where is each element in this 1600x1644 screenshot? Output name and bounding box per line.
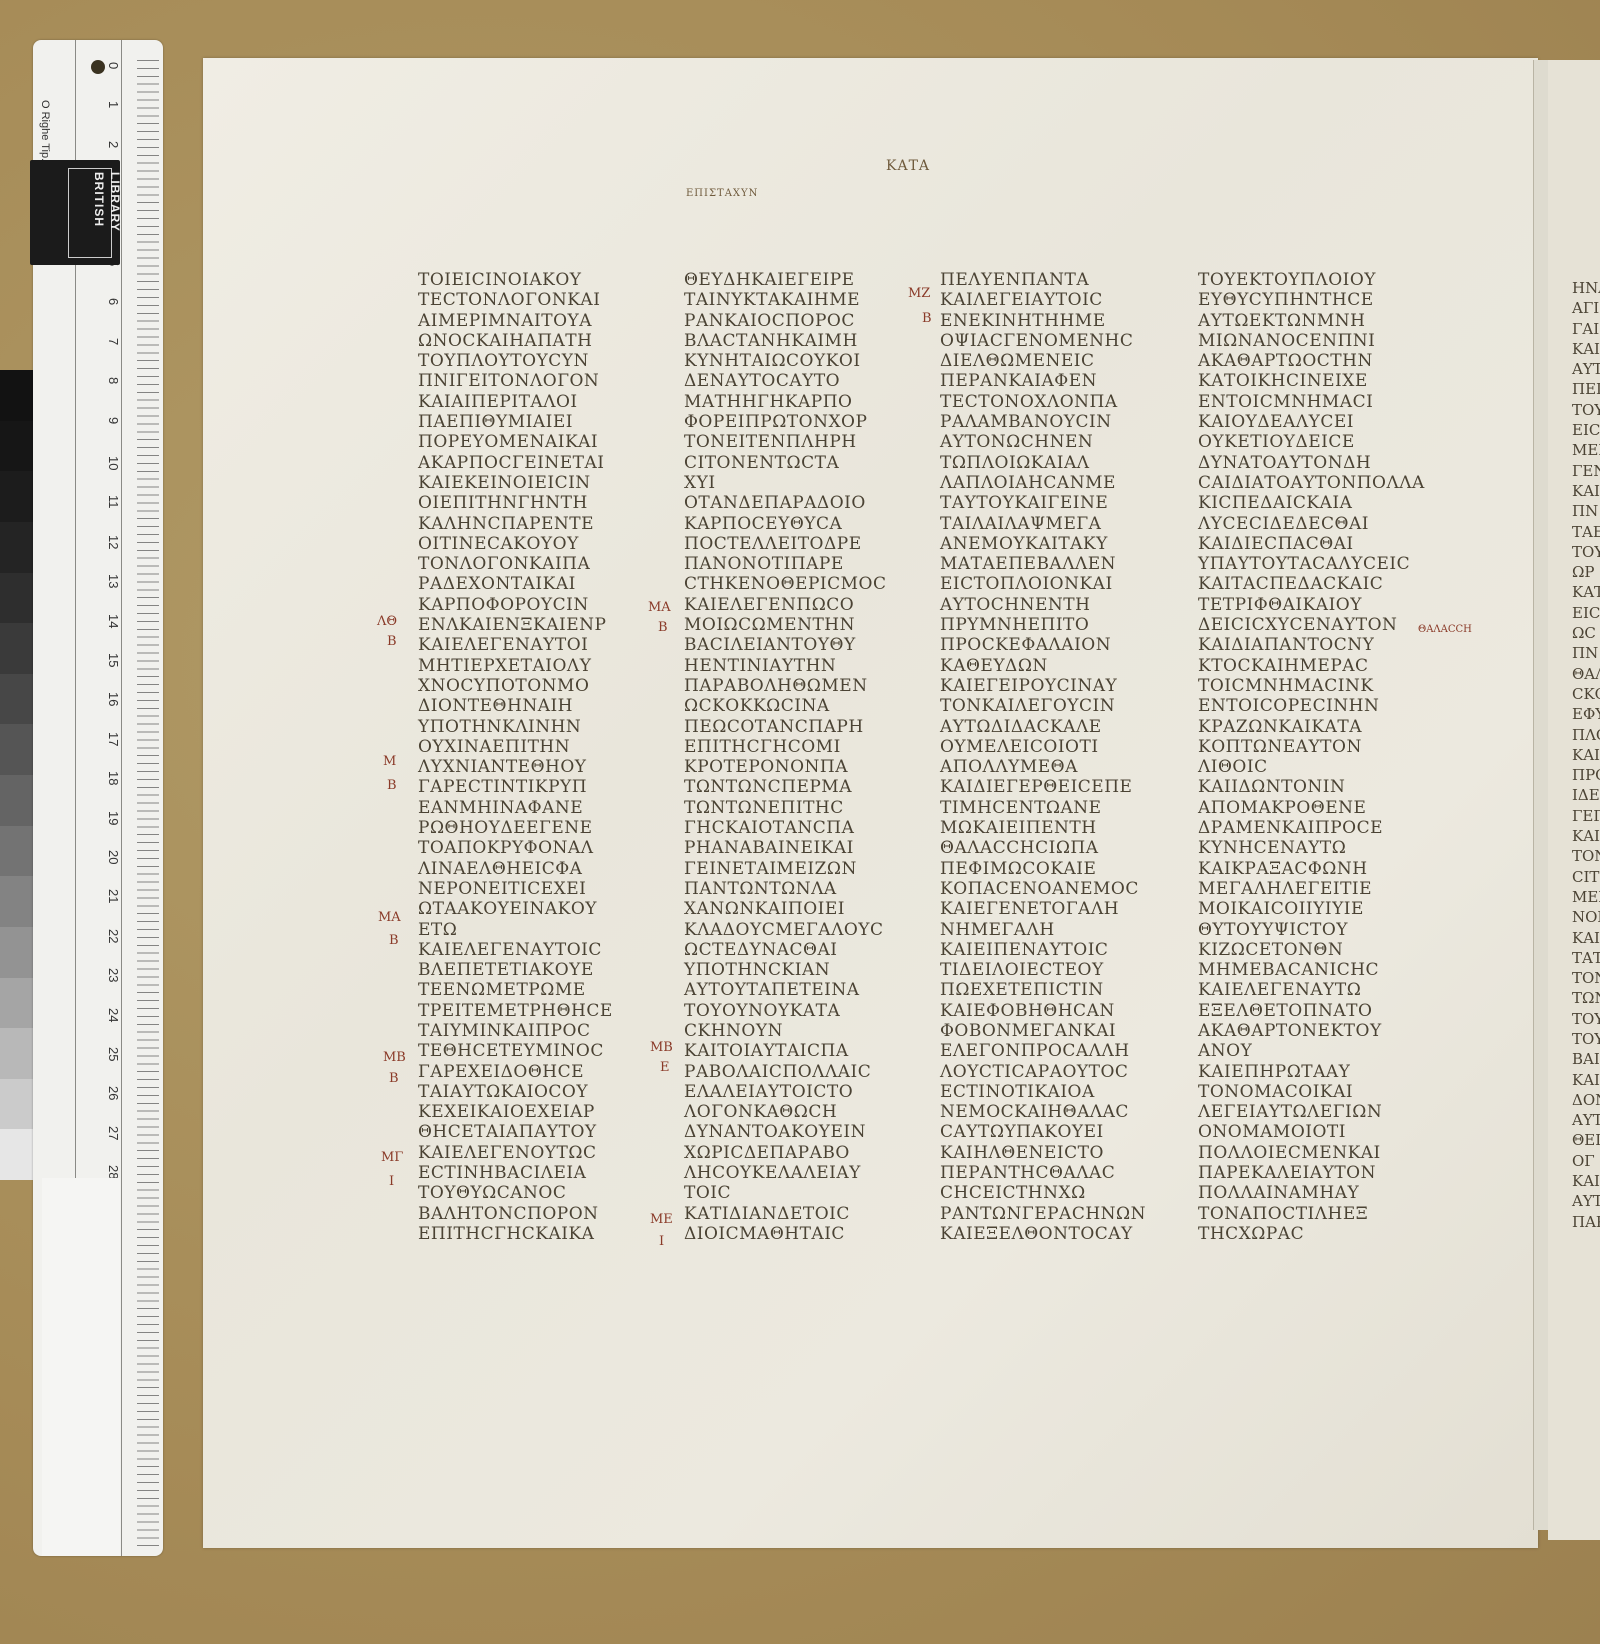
manuscript-line: ΤΙΔΕΙΛΟΙΕCΤΕΟΥ (940, 960, 1146, 980)
facing-page-line: ΠΡΟ (1572, 765, 1600, 785)
manuscript-line: ΚΑΙΕΛΕΓΕΝΠΩCΟ (684, 595, 886, 615)
manuscript-line: ΥΠΟΤΗΝCΚΙΑΝ (684, 960, 886, 980)
manuscript-line: ΛΥCΕCΙΔΕΔΕCΘΑΙ (1198, 514, 1425, 534)
manuscript-line: ΧΝΟCΥΠΟΤΟΝΜΟ (418, 676, 613, 696)
ruler-cm-number: 18 (106, 771, 121, 785)
manuscript-line: ΚΑΤΟΙΚΗCΙΝΕΙΧΕ (1198, 371, 1425, 391)
manuscript-line: ΛΗCΟΥΚΕΛΑΛΕΙΑΥ (684, 1163, 886, 1183)
manuscript-line: ΑΠΟΜΑΚΡΟΘΕΝΕ (1198, 798, 1425, 818)
text-column-4: ΤΟΥΕΚΤΟΥΠΛΟΙΟΥΕΥΘΥCΥΠΗΝΤΗCΕΑΥΤΩΕΚΤΩΝΜΝΗΜ… (1198, 270, 1425, 1244)
eusebian-section-mark: ΜΑ (378, 910, 401, 925)
manuscript-line: ΟΙΕΠΙΤΗΝΓΗΝΤΗ (418, 493, 613, 513)
manuscript-line: ΚΑΙΕΠΗΡΩΤΑΑΥ (1198, 1062, 1425, 1082)
manuscript-line: ΔΙΟΝΤΕΘΗΝΑΙΗ (418, 696, 613, 716)
manuscript-line: ΚΑΙΕΛΕΓΕΝΑΥΤΩ (1198, 980, 1425, 1000)
facing-page-line: ΠΛΟ (1572, 725, 1600, 745)
manuscript-line: ΠΟΛΛΑΙΝΑΜΗΑΥ (1198, 1183, 1425, 1203)
manuscript-line: ΒΑCΙΛΕΙΑΝΤΟΥΘΥ (684, 635, 886, 655)
manuscript-line: ΚΑΡΠΟΦΟΡΟΥCΙΝ (418, 595, 613, 615)
manuscript-line: ΛΑΠΛΟΙΑΗCΑΝΜΕ (940, 473, 1146, 493)
manuscript-line: ΒΛΑCΤΑΝΗΚΑΙΜΗ (684, 331, 886, 351)
facing-page-line: ΙΔΕΙ (1572, 785, 1600, 805)
manuscript-line: ΠΑΡΑΒΟΛΗΘΩΜΕΝ (684, 676, 886, 696)
manuscript-line: ΤΟΝΕΙΤΕΝΠΛΗΡΗ (684, 432, 886, 452)
manuscript-line: ΠΕΛΥΕΝΠΑΝΤΑ (940, 270, 1146, 290)
ruler-cm-number: 8 (106, 377, 121, 384)
manuscript-line: ΟΥΧΙΝΑΕΠΙΤΗΝ (418, 737, 613, 757)
manuscript-line: ΝΕΜΟCΚΑΙΗΘΑΛΑC (940, 1102, 1146, 1122)
facing-page-line: ΕΙC (1572, 603, 1600, 623)
manuscript-line: ΤΕΤΡΙΦΘΑΙΚΑΙΟΥ (1198, 595, 1425, 615)
manuscript-line: CΗCΕΙCΤΗΝΧΩ (940, 1183, 1146, 1203)
manuscript-line: ΔΥΝΑΝΤΟΑΚΟΥΕΙΝ (684, 1122, 886, 1142)
badge-line-2: BRITISH (92, 172, 106, 262)
manuscript-line: ΤΟΙC (684, 1183, 886, 1203)
facing-page-line: ΑΓΙ (1572, 298, 1600, 318)
manuscript-line: ΜΕΓΑΛΗΛΕΓΕΙΤΙΕ (1198, 879, 1425, 899)
facing-page-line: ΓΕΓΟ (1572, 806, 1600, 826)
manuscript-line: ΚΟΠΤΩΝΕΑΥΤΟΝ (1198, 737, 1425, 757)
facing-page-line: ΘΑΛ (1572, 664, 1600, 684)
manuscript-line: ΦΟΒΟΝΜΕΓΑΝΚΑΙ (940, 1021, 1146, 1041)
manuscript-line: ΛΙΘΟΙC (1198, 757, 1425, 777)
manuscript-line: ΤΗCΧΩΡΑC (1198, 1224, 1425, 1244)
manuscript-line: ΔΡΑΜΕΝΚΑΙΠΡΟCΕ (1198, 818, 1425, 838)
manuscript-line: ΚΑΙΔΙΑΠΑΝΤΟCΝΥ (1198, 635, 1425, 655)
manuscript-line: ΠΕΡΑΝΚΑΙΑΦΕΝ (940, 371, 1146, 391)
manuscript-line: ΚΑΤΙΔΙΑΝΔΕΤΟΙC (684, 1204, 886, 1224)
facing-page-line: ΚΑΙΟ (1572, 1070, 1600, 1090)
ruler-divider-line (121, 40, 122, 1556)
manuscript-line: ΚΑΙΗΛΘΕΝΕΙCΤΟ (940, 1143, 1146, 1163)
manuscript-line: ΟΤΑΝΔΕΠΑΡΑΔΟΙΟ (684, 493, 886, 513)
manuscript-line: ΔΕΙCΙCΧΥCΕΝΑΥΤΟΝ (1198, 615, 1425, 635)
manuscript-line: ΠΩΕΧΕΤΕΠΙCΤΙΝ (940, 980, 1146, 1000)
ruler-cm-number: 13 (106, 574, 121, 588)
manuscript-line: ΠΝΙΓΕΙΤΟΝΛΟΓΟΝ (418, 371, 613, 391)
manuscript-line: ΠΕΩCΟΤΑΝCΠΑΡΗ (684, 717, 886, 737)
manuscript-line: ΚΑΘΕΥΔΩΝ (940, 656, 1146, 676)
ruler-cm-number: 17 (106, 732, 121, 746)
manuscript-line: ΤΑΥΤΟΥΚΑΙΓΕΙΝΕ (940, 493, 1146, 513)
facing-page-line: ΚΑΤ (1572, 582, 1600, 602)
facing-page-line: CΚΟ (1572, 684, 1600, 704)
manuscript-line: ΚΑΙΤΑCΠΕΔΑCΚΑΙC (1198, 574, 1425, 594)
manuscript-line: ΚΑΙΕΓΕΙΡΟΥCΙΝΑΥ (940, 676, 1146, 696)
manuscript-line: ΕΞΕΛΘΕΤΟΠΝΑΤΟ (1198, 1001, 1425, 1021)
manuscript-line: ΓΕΙΝΕΤΑΙΜΕΙΖΩΝ (684, 859, 886, 879)
ruler-cm-number: 24 (106, 1008, 121, 1022)
facing-page-line: ΚΑΙ (1572, 481, 1600, 501)
manuscript-line: ΟΙΤΙΝΕCΑΚΟΥΟΥ (418, 534, 613, 554)
manuscript-line: ΘΑΛΑCCΗCΙΩΠΑ (940, 838, 1146, 858)
manuscript-line: ΡΩΘΗΟΥΔΕΕΓΕΝΕ (418, 818, 613, 838)
facing-page-line: ΟΓ (1572, 1151, 1600, 1171)
manuscript-line: ΕΤΩ (418, 920, 613, 940)
manuscript-line: ΤΙΜΗCΕΝΤΩΑΝΕ (940, 798, 1146, 818)
manuscript-line: ΜΩΚΑΙΕΙΠΕΝΤΗ (940, 818, 1146, 838)
manuscript-line: CΑΙΔΙΑΤΟΑΥΤΟΝΠΟΛΛΑ (1198, 473, 1425, 493)
manuscript-line: ΚΑΛΗΝCΠΑΡΕΝΤΕ (418, 514, 613, 534)
ruler-cm-number: 27 (106, 1126, 121, 1140)
ruler-cm-number: 2 (106, 141, 121, 148)
manuscript-line: ΤΩΝΤΩΝΕΠΙΤΗC (684, 798, 886, 818)
manuscript-line: ΑΚΑΘΑΡΤΩΟCΤΗΝ (1198, 351, 1425, 371)
manuscript-line: ΛΟΓΟΝΚΑΘΩCΗ (684, 1102, 886, 1122)
eusebian-section-mark: Ε (660, 1060, 670, 1075)
running-title: ΚΑΤΑ (886, 158, 930, 174)
manuscript-line: ΕΑΝΜΗΙΝΑΦΑΝΕ (418, 798, 613, 818)
eusebian-section-mark: ΜΓ (381, 1150, 403, 1165)
facing-page-line: ΩC (1572, 623, 1600, 643)
facing-page-line: ΓΑΙ (1572, 319, 1600, 339)
manuscript-line: ΑΥΤΟCΗΝΕΝΤΗ (940, 595, 1146, 615)
manuscript-line: ΚΥΝΗCΕΝΑΥΤΩ (1198, 838, 1425, 858)
eusebian-section-mark: Ι (659, 1234, 664, 1249)
manuscript-line: ΦΟΡΕΙΠΡΩΤΟΝΧΟΡ (684, 412, 886, 432)
manuscript-line: ΧΑΝΩΝΚΑΙΠΟΙΕΙ (684, 899, 886, 919)
manuscript-line: ΤΑΙΥΜΙΝΚΑΙΠΡΟC (418, 1021, 613, 1041)
facing-page-line: ΠΝ (1572, 501, 1600, 521)
ruler-cm-number: 11 (106, 495, 121, 509)
right-margin-note: ΘΑΛΑCCΗ (1418, 624, 1472, 635)
manuscript-line: ΓΑΡΕCΤΙΝΤΙΚΡΥΠ (418, 777, 613, 797)
eusebian-section-mark: Μ (383, 754, 396, 769)
manuscript-line: ΤΟΑΠΟΚΡΥΦΟΝΑΛ (418, 838, 613, 858)
manuscript-line: ΜΙΩΝΑΝΟCΕΝΠΝΙ (1198, 331, 1425, 351)
facing-page-line: ΤΟΥ (1572, 1029, 1600, 1049)
manuscript-line: ΑΥΤΟΝΩCΗΝΕΝ (940, 432, 1146, 452)
manuscript-line: ΘΕΥΔΗΚΑΙΕΓΕΙΡΕ (684, 270, 886, 290)
manuscript-line: ΠΕΡΑΝΤΗCΘΑΛΑC (940, 1163, 1146, 1183)
manuscript-line: ΕΝΤΟΙCΟΡΕCΙΝΗΝ (1198, 696, 1425, 716)
british-library-badge: LIBRARY BRITISH (30, 160, 120, 265)
manuscript-line: CΚΗΝΟΥΝ (684, 1021, 886, 1041)
manuscript-line: ΩCΚΟΚΚΩCΙΝΑ (684, 696, 886, 716)
eusebian-section-mark: ΛΘ (377, 614, 397, 629)
manuscript-line: ΚΑΙΤΟΙΑΥΤΑΙCΠΑ (684, 1041, 886, 1061)
manuscript-line: ΠΡΥΜΝΗΕΠΙΤΟ (940, 615, 1146, 635)
facing-page-line: ΚΑΙ (1572, 339, 1600, 359)
eusebian-section-mark: Β (922, 311, 932, 326)
manuscript-line: ΝΕΡΟΝΕΙΤΙCΕΧΕΙ (418, 879, 613, 899)
manuscript-line: ΑΥΤΩΕΚΤΩΝΜΝΗ (1198, 311, 1425, 331)
facing-page-line: ΗΝΑ (1572, 278, 1600, 298)
ruler-cm-number: 22 (106, 929, 121, 943)
manuscript-line: ΕCΤΙΝΗΒΑCΙΛΕΙΑ (418, 1163, 613, 1183)
manuscript-line: ΠΑΡΕΚΑΛΕΙΑΥΤΟΝ (1198, 1163, 1425, 1183)
manuscript-line: ΤΟΙΕΙCΙΝΟΙΑΚΟΥ (418, 270, 613, 290)
manuscript-line: ΑΝΟΥ (1198, 1041, 1425, 1061)
manuscript-line: ΩΤΑΑΚΟΥΕΙΝΑΚΟΥ (418, 899, 613, 919)
facing-page-line: ΜΕΙ (1572, 440, 1600, 460)
manuscript-line: ΚΑΙΕΙΠΕΝΑΥΤΟΙC (940, 940, 1146, 960)
manuscript-line: ΤΟΝΟΜΑCΟΙΚΑΙ (1198, 1082, 1425, 1102)
manuscript-line: ΕΠΙΤΗCΓΗCΚΑΙΚΑ (418, 1224, 613, 1244)
manuscript-line: ΚΟΠΑCΕΝΟΑΝΕΜΟC (940, 879, 1146, 899)
manuscript-line: ΡΑΛΑΜΒΑΝΟΥCΙΝ (940, 412, 1146, 432)
manuscript-line: ΤΕΘΗCΕΤΕΥΜΙΝΟC (418, 1041, 613, 1061)
facing-page-line: ΠΕΙ (1572, 379, 1600, 399)
facing-page-line: ΜΕΝ (1572, 887, 1600, 907)
manuscript-line: ΚΑΙΔΙΕΓΕΡΘΕΙCΕΠΕ (940, 777, 1146, 797)
eusebian-section-mark: Ι (389, 1174, 394, 1189)
manuscript-line: ΚΑΙΕΞΕΛΘΟΝΤΟCΑΥ (940, 1224, 1146, 1244)
manuscript-line: ΡΑΝΚΑΙΟCΠΟΡΟC (684, 311, 886, 331)
ruler-cm-number: 7 (106, 338, 121, 345)
manuscript-line: ΚΡΑΖΩΝΚΑΙΚΑΤΑ (1198, 717, 1425, 737)
manuscript-line: ΕΝΛΚΑΙΕΝΞΚΑΙΕΝΡ (418, 615, 613, 635)
manuscript-line: ΚΑΙΕΚΕΙΝΟΙΕΙCΙΝ (418, 473, 613, 493)
manuscript-line: ΚΑΙΟΥΔΕΑΛΥCΕΙ (1198, 412, 1425, 432)
manuscript-line: ΚΑΙΔΙΕCΠΑCΘΑΙ (1198, 534, 1425, 554)
manuscript-line: ΤΟΝΚΑΙΛΕΓΟΥCΙΝ (940, 696, 1146, 716)
manuscript-line: ΤΟΥΘΥΩCΑΝΟC (418, 1183, 613, 1203)
eusebian-section-mark: ΜΑ (648, 600, 671, 615)
manuscript-line: ΗΕΝΤΙΝΙΑΥΤΗΝ (684, 656, 886, 676)
manuscript-line: ΤΩΝΤΩΝCΠΕΡΜΑ (684, 777, 886, 797)
facing-page-line: ΚΑΙΕ (1572, 826, 1600, 846)
manuscript-line: ΟΥΚΕΤΙΟΥΔΕΙCΕ (1198, 432, 1425, 452)
manuscript-line: ΤΑΙΝΥΚΤΑΚΑΙΗΜΕ (684, 290, 886, 310)
ruler-white-strip (42, 1178, 120, 1556)
facing-page-line: CΙΤΟ (1572, 867, 1600, 887)
manuscript-line: ΡΗΑΝΑΒΑΙΝΕΙΚΑΙ (684, 838, 886, 858)
manuscript-line: ΕCΤΙΝΟΤΙΚΑΙΟΑ (940, 1082, 1146, 1102)
manuscript-line: ΛΥΧΝΙΑΝΤΕΘΗΟΥ (418, 757, 613, 777)
badge-line-1: LIBRARY (108, 172, 122, 262)
facing-page-line: ΕΦΥ (1572, 704, 1600, 724)
margin-correction-note: ΕΠΙΣΤΑΧΥΝ (686, 188, 758, 199)
manuscript-line: ΑΠΟΛΛΥΜΕΘΑ (940, 757, 1146, 777)
manuscript-line: ΚΤΟCΚΑΙΗΜΕΡΑC (1198, 656, 1425, 676)
manuscript-line: ΜΟΙΚΑΙCΟΙΙΥΙΥΙΕ (1198, 899, 1425, 919)
manuscript-line: CΙΤΟΝΕΝΤΩCΤΑ (684, 453, 886, 473)
manuscript-line: ΑΙΜΕΡΙΜΝΑΙΤΟΥΑ (418, 311, 613, 331)
manuscript-line: ΟΥΜΕΛΕΙCΟΙΟΤΙ (940, 737, 1146, 757)
binding-gutter (1533, 60, 1548, 1530)
ruler-cm-number: 0 (106, 62, 121, 69)
manuscript-line: ΤΟΝΛΟΓΟΝΚΑΙΠΑ (418, 554, 613, 574)
ruler-ticks (137, 60, 159, 1550)
facing-page-line: ΚΑΙΕ (1572, 1171, 1600, 1191)
manuscript-line: ΠΑΕΠΙΘΥΜΙΑΙΕΙ (418, 412, 613, 432)
manuscript-line: ΑΝΕΜΟΥΚΑΙΤΑΚΥ (940, 534, 1146, 554)
manuscript-line: ΠΑΝΤΩΝΤΩΝΛΑ (684, 879, 886, 899)
manuscript-line: ΚΑΙΕΛΕΓΕΝΟΥΤΩC (418, 1143, 613, 1163)
manuscript-line: ΚΙΖΩCΕΤΟΝΘΝ (1198, 940, 1425, 960)
manuscript-line: ΜΗΤΙΕΡΧΕΤΑΙΟΛΥ (418, 656, 613, 676)
manuscript-line: ΚΥΝΗΤΑΙΩCΟΥΚΟΙ (684, 351, 886, 371)
facing-page-line: ΤΩΝ (1572, 988, 1600, 1008)
manuscript-line: ΚΑΙΕΓΕΝΕΤΟΓΑΛΗ (940, 899, 1146, 919)
manuscript-line: ΤΟΥΠΛΟΥΤΟΥCΥΝ (418, 351, 613, 371)
manuscript-line: ΠΑΝΟΝΟΤΙΠΑΡΕ (684, 554, 886, 574)
manuscript-line: ΚΙCΠΕΔΑΙCΚΑΙΑ (1198, 493, 1425, 513)
manuscript-line: ΥΠΟΤΗΝΚΛΙΝΗΝ (418, 717, 613, 737)
manuscript-line: ΠΟCΤΕΛΛΕΙΤΟΔΡΕ (684, 534, 886, 554)
manuscript-line: ΠΡΟCΚΕΦΑΛΑΙΟΝ (940, 635, 1146, 655)
manuscript-line: ΛΟΥCΤΙCΑΡΑΟΥΤΟC (940, 1062, 1146, 1082)
manuscript-line: ΤΕΕΝΩΜΕΤΡΩΜΕ (418, 980, 613, 1000)
facing-page-line: ΤΟΥ (1572, 1009, 1600, 1029)
manuscript-line: ΡΑΒΟΛΑΙCΠΟΛΛΑΙC (684, 1062, 886, 1082)
manuscript-line: ΑΥΤΟΥΤΑΠΕΤΕΙΝΑ (684, 980, 886, 1000)
manuscript-line: ΑΥΤΩΔΙΔΑCΚΑΛΕ (940, 717, 1146, 737)
facing-page-line: ΩΡ (1572, 562, 1600, 582)
manuscript-line: ΚΛΑΔΟΥCΜΕΓΑΛΟΥC (684, 920, 886, 940)
manuscript-line: ΩΝΟCΚΑΙΗΑΠΑΤΗ (418, 331, 613, 351)
facing-page-line: ΑΥΤ (1572, 1110, 1600, 1130)
manuscript-line: ΜΟΙΩCΩΜΕΝΤΗΝ (684, 615, 886, 635)
manuscript-line: ΚΑΙΑΙΠΕΡΙΤΑΛΟΙ (418, 392, 613, 412)
manuscript-line: CΤΗΚΕΝΟΘΕΡΙCΜΟC (684, 574, 886, 594)
ruler-cm-number: 10 (106, 456, 121, 470)
manuscript-line: ΘΗCΕΤΑΙΑΠΑΥΤΟΥ (418, 1122, 613, 1142)
facing-page-line: ΚΑΙ (1572, 745, 1600, 765)
eusebian-section-mark: Β (389, 933, 399, 948)
facing-page-line: ΤΑΤΟ (1572, 948, 1600, 968)
manuscript-line: ΠΟΛΛΟΙΕCΜΕΝΚΑΙ (1198, 1143, 1425, 1163)
manuscript-line: ΤΑΙΑΥΤΩΚΑΙΟCΟΥ (418, 1082, 613, 1102)
eusebian-section-mark: ΜΖ (908, 286, 930, 301)
manuscript-line: ΥΠΑΥΤΟΥΤΑCΑΛΥCΕΙC (1198, 554, 1425, 574)
ruler-cm-number: 9 (106, 417, 121, 424)
eusebian-section-mark: ΜΒ (650, 1040, 673, 1055)
facing-page-line: ΘΕΙ (1572, 1130, 1600, 1150)
manuscript-line: ΔΥΝΑΤΟΑΥΤΟΝΔΗ (1198, 453, 1425, 473)
ruler-hanging-hole (91, 60, 105, 74)
manuscript-line: ΡΑΔΕΧΟΝΤΑΙΚΑΙ (418, 574, 613, 594)
manuscript-line: ΑΚΑΡΠΟCΓΕΙΝΕΤΑΙ (418, 453, 613, 473)
manuscript-line: ΚΑΙΕΛΕΓΕΝΑΥΤΟΙ (418, 635, 613, 655)
manuscript-line: ΚΑΙΛΕΓΕΙΑΥΤΟΙC (940, 290, 1146, 310)
facing-page-line: ΚΑΙΟ (1572, 928, 1600, 948)
manuscript-line: ΤΟΝΑΠΟCΤΙΛΗΕΞ (1198, 1204, 1425, 1224)
ruler-cm-number: 14 (106, 614, 121, 628)
manuscript-line: ΔΙΕΛΘΩΜΕΝΕΙC (940, 351, 1146, 371)
manuscript-line: ΤΩΠΛΟΙΩΚΑΙΑΛ (940, 453, 1146, 473)
eusebian-section-mark: Β (658, 620, 668, 635)
manuscript-line: ΕΝΤΟΙCΜΝΗΜΑCΙ (1198, 392, 1425, 412)
manuscript-line: ΤΟΙCΜΝΗΜΑCΙΝΚ (1198, 676, 1425, 696)
manuscript-line: ΤΕCΤΟΝΟΧΛΟΝΠΑ (940, 392, 1146, 412)
facing-page-line: ΝΟΝ (1572, 907, 1600, 927)
manuscript-line: ΚΑΙΕΦΟΒΗΘΗCΑΝ (940, 1001, 1146, 1021)
eusebian-section-mark: ΜΒ (383, 1050, 406, 1065)
manuscript-line: ΑΚΑΘΑΡΤΟΝΕΚΤΟΥ (1198, 1021, 1425, 1041)
manuscript-line: ΧΥΙ (684, 473, 886, 493)
ruler-cm-number: 23 (106, 968, 121, 982)
eusebian-section-mark: Β (387, 778, 397, 793)
ruler-cm-number: 25 (106, 1047, 121, 1061)
manuscript-line: ΕΛΑΛΕΙΑΥΤΟΙCΤΟ (684, 1082, 886, 1102)
manuscript-line: ΒΑΛΗΤΟΝCΠΟΡΟΝ (418, 1204, 613, 1224)
ruler-cm-number: 20 (106, 850, 121, 864)
manuscript-line: ΟΨΙΑCΓΕΝΟΜΕΝΗC (940, 331, 1146, 351)
manuscript-line: ΚΑΡΠΟCΕΥΘΥCΑ (684, 514, 886, 534)
manuscript-line: ΕΝΕΚΙΝΗΤΗΗΜΕ (940, 311, 1146, 331)
manuscript-line: ΚΑΙΚΡΑΞΑCΦΩΝΗ (1198, 859, 1425, 879)
manuscript-line: ΚΡΟΤΕΡΟΝΟΝΠΑ (684, 757, 886, 777)
ruler-cm-number: 15 (106, 653, 121, 667)
manuscript-line: ΓΗCΚΑΙΟΤΑΝCΠΑ (684, 818, 886, 838)
facing-page-line: ΤΟΝ (1572, 846, 1600, 866)
ruler-cm-number: 19 (106, 811, 121, 825)
manuscript-line: ΠΕΦΙΜΩCΟΚΑΙΕ (940, 859, 1146, 879)
text-column-1: ΤΟΙΕΙCΙΝΟΙΑΚΟΥΤΕCΤΟΝΛΟΓΟΝΚΑΙΑΙΜΕΡΙΜΝΑΙΤΟ… (418, 270, 613, 1244)
manuscript-line: ΚΑΙΙΔΩΝΤΟΝΙΝ (1198, 777, 1425, 797)
text-column-3: ΠΕΛΥΕΝΠΑΝΤΑΚΑΙΛΕΓΕΙΑΥΤΟΙCΕΝΕΚΙΝΗΤΗΗΜΕΟΨΙ… (940, 270, 1146, 1244)
manuscript-line: ΠΟΡΕΥΟΜΕΝΑΙΚΑΙ (418, 432, 613, 452)
manuscript-line: ΡΑΝΤΩΝΓΕΡΑCΗΝΩΝ (940, 1204, 1146, 1224)
manuscript-line: ΧΩΡΙCΔΕΠΑΡΑΒΟ (684, 1143, 886, 1163)
manuscript-line: ΔΕΝΑΥΤΟCΑΥΤΟ (684, 371, 886, 391)
facing-page-line: ΒΑΙΝ (1572, 1049, 1600, 1069)
facing-page-line: ΕΙCΑ (1572, 420, 1600, 440)
eusebian-section-mark: Β (387, 634, 397, 649)
manuscript-line: ΕΙCΤΟΠΛΟΙΟΝΚΑΙ (940, 574, 1146, 594)
eusebian-section-mark: ΜΕ (650, 1212, 673, 1227)
manuscript-line: ΜΑΤΗΗΓΗΚΑΡΠΟ (684, 392, 886, 412)
manuscript-line: ΤΕCΤΟΝΛΟΓΟΝΚΑΙ (418, 290, 613, 310)
manuscript-line: ΤΡΕΙΤΕΜΕΤΡΗΘΗCΕ (418, 1001, 613, 1021)
ruler-cm-number: 26 (106, 1086, 121, 1100)
manuscript-line: ΜΗΜΕΒΑCΑΝΙCΗC (1198, 960, 1425, 980)
manuscript-line: ΕΛΕΓΟΝΠΡΟCΑΛΛΗ (940, 1041, 1146, 1061)
facing-page-line: ΤΟΥ (1572, 400, 1600, 420)
manuscript-line: ΤΟΥΕΚΤΟΥΠΛΟΙΟΥ (1198, 270, 1425, 290)
manuscript-line: ΟΝΟΜΑΜΟΙΟΤΙ (1198, 1122, 1425, 1142)
manuscript-line: ΛΙΝΑΕΛΘΗΕΙCΦΑ (418, 859, 613, 879)
manuscript-line: ΛΕΓΕΙΑΥΤΩΛΕΓΙΩΝ (1198, 1102, 1425, 1122)
manuscript-line: ΚΕΧΕΙΚΑΙΟΕΧΕΙΑΡ (418, 1102, 613, 1122)
manuscript-line: ΒΛΕΠΕΤΕΤΙΑΚΟΥΕ (418, 960, 613, 980)
manuscript-line: ΔΙΟΙCΜΑΘΗΤΑΙC (684, 1224, 886, 1244)
manuscript-line: ΤΟΥΟΥΝΟΥΚΑΤΑ (684, 1001, 886, 1021)
facing-page-line: ΠΝ (1572, 643, 1600, 663)
manuscript-line: CΑΥΤΩΥΠΑΚΟΥΕΙ (940, 1122, 1146, 1142)
ruler-cm-number: 1 (106, 101, 121, 108)
manuscript-line: ΓΑΡΕΧΕΙΔΟΘΗCΕ (418, 1062, 613, 1082)
ruler-cm-number: 6 (106, 298, 121, 305)
facing-page-line: ΔΟΝ (1572, 1090, 1600, 1110)
manuscript-line: ΘΥΤΟΥΥΨΙCΤΟΥ (1198, 920, 1425, 940)
facing-page-text-fragments: ΗΝΑΑΓΙΓΑΙΚΑΙΑΥΤΠΕΙΤΟΥΕΙCΑΜΕΙΓΕΝΚΑΙΠΝΤΑΕΤ… (1572, 278, 1600, 1232)
manuscript-line: ΕΠΙΤΗCΓΗCΟΜΙ (684, 737, 886, 757)
facing-page-line: ΤΟΝ (1572, 968, 1600, 988)
text-column-2: ΘΕΥΔΗΚΑΙΕΓΕΙΡΕΤΑΙΝΥΚΤΑΚΑΙΗΜΕΡΑΝΚΑΙΟCΠΟΡΟ… (684, 270, 886, 1244)
facing-page-line: ΤΟΥ (1572, 542, 1600, 562)
manuscript-line: ΤΑΙΛΑΙΛΑΨΜΕΓΑ (940, 514, 1146, 534)
manuscript-line: ΕΥΘΥCΥΠΗΝΤΗCΕ (1198, 290, 1425, 310)
ruler-cm-number: 12 (106, 535, 121, 549)
manuscript-line: ΩCΤΕΔΥΝΑCΘΑΙ (684, 940, 886, 960)
facing-page-line: ΠΑΡΕ (1572, 1212, 1600, 1232)
facing-page-line: ΑΥΤΟ (1572, 1191, 1600, 1211)
manuscript-line: ΜΑΤΑΕΠΕΒΑΛΛΕΝ (940, 554, 1146, 574)
ruler-cm-number: 21 (106, 889, 121, 903)
eusebian-section-mark: Β (389, 1071, 399, 1086)
facing-page-line: ΓΕΝ (1572, 461, 1600, 481)
facing-page-line: ΤΑΕ (1572, 522, 1600, 542)
manuscript-line: ΚΑΙΕΛΕΓΕΝΑΥΤΟΙC (418, 940, 613, 960)
facing-page-line: ΑΥΤ (1572, 359, 1600, 379)
manuscript-line: ΝΗΜΕΓΑΛΗ (940, 920, 1146, 940)
ruler-cm-number: 16 (106, 692, 121, 706)
